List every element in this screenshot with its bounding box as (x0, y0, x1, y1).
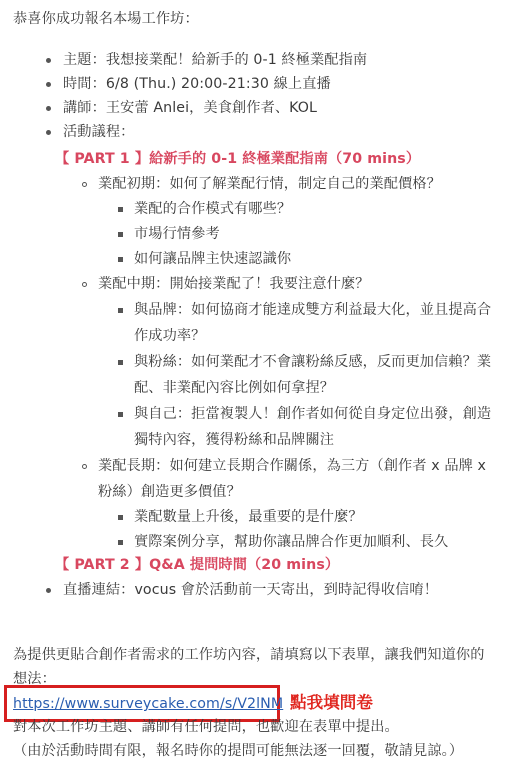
intro-text: 恭喜你成功報名本場工作坊： (13, 9, 199, 29)
square-bullet-icon (118, 412, 123, 417)
square-bullet-icon (118, 232, 123, 237)
square-bullet-icon (118, 540, 123, 545)
detail-topic: 主題：我想接業配！給新手的 0-1 終極業配指南 (63, 50, 367, 70)
list-item: 與品牌：如何協商才能達成雙方利益最大化，並且提高合 (134, 300, 491, 320)
detail-speaker: 講師：王安蕾 Anlei，美食創作者、KOL (63, 98, 317, 118)
circle-bullet-icon (82, 182, 87, 187)
circle-bullet-icon (82, 464, 87, 469)
section-long: 業配長期：如何建立長期合作關係，為三方（創作者 x 品牌 x (98, 456, 486, 476)
list-item: 業配的合作模式有哪些？ (134, 199, 291, 219)
list-item: 業配數量上升後，最重要的是什麼？ (134, 507, 363, 527)
square-bullet-icon (118, 257, 123, 262)
detail-agenda-label: 活動議程： (63, 122, 134, 142)
survey-prompt: 為提供更貼合創作者需求的工作坊內容，請填寫以下表單，讓我們知道你的 (13, 645, 485, 665)
list-item-cont: 獨特內容，獲得粉絲和品牌關注 (134, 430, 334, 450)
disc-bullet-icon (46, 106, 51, 111)
survey-note: 對本次工作坊主題、講師有任何提問，也歡迎在表單中提出。 (13, 717, 399, 737)
disc-bullet-icon (46, 82, 51, 87)
square-bullet-icon (118, 207, 123, 212)
detail-time: 時間：6/8 (Thu.) 20:00-21:30 線上直播 (63, 74, 331, 94)
part2-heading: 【 PART 2 】Q&A 提問時間（20 mins） (55, 555, 339, 575)
list-item: 如何讓品牌主快速認識你 (134, 249, 291, 269)
list-item: 市場行情參考 (134, 224, 220, 244)
survey-disclaimer: （由於活動時間有限，報名時你的提問可能無法逐一回覆，敬請見諒。） (13, 741, 463, 761)
list-item: 與粉絲：如何業配才不會讓粉絲反感，反而更加信賴？業 (134, 352, 491, 372)
livestream-info: 直播連結：vocus 會於活動前一天寄出，到時記得收信唷！ (63, 580, 438, 600)
section-middle: 業配中期：開始接業配了！我要注意什麼？ (98, 274, 369, 294)
disc-bullet-icon (46, 58, 51, 63)
survey-cta: 點我填問卷 (290, 693, 373, 713)
circle-bullet-icon (82, 282, 87, 287)
square-bullet-icon (118, 515, 123, 520)
list-item-cont: 配、非業配內容比例如何拿捏？ (134, 378, 334, 398)
list-item: 實際案例分享，幫助你讓品牌合作更加順利、長久 (134, 532, 448, 552)
survey-link[interactable]: https://www.surveycake.com/s/V2lNM (13, 694, 283, 714)
section-early: 業配初期：如何了解業配行情，制定自己的業配價格？ (98, 174, 441, 194)
list-item-cont: 作成功率？ (134, 326, 205, 346)
square-bullet-icon (118, 308, 123, 313)
disc-bullet-icon (46, 130, 51, 135)
disc-bullet-icon (46, 588, 51, 593)
square-bullet-icon (118, 360, 123, 365)
section-long-cont: 粉絲）創造更多價值？ (98, 482, 241, 502)
list-item: 與自己：拒當複製人！創作者如何從自身定位出發，創造 (134, 404, 491, 424)
part1-heading: 【 PART 1 】給新手的 0-1 終極業配指南（70 mins） (55, 149, 420, 169)
